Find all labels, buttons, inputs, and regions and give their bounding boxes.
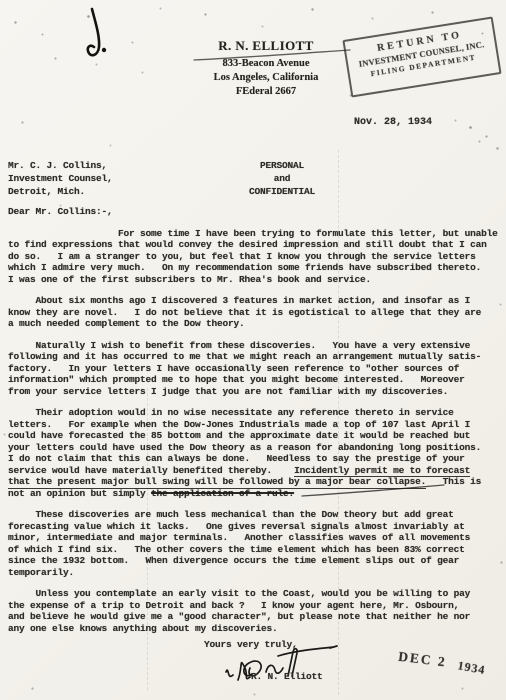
letter-line: For some time I have been trying to form…	[8, 228, 506, 240]
valediction: Yours very truly,	[204, 639, 298, 651]
letter-line: following and it has occurred to me that…	[8, 351, 506, 363]
letter-line: service would have materially benefited …	[8, 465, 506, 477]
letter-line: could have forecasted the 85 bottom and …	[8, 430, 506, 442]
paragraph-2: About six months ago I discovered 3 feat…	[8, 295, 506, 330]
letterhead-phone: FEderal 2667	[186, 85, 346, 99]
letterhead-address-line2: Los Angeles, California	[186, 71, 346, 85]
paragraph-1: For some time I have been trying to form…	[8, 228, 506, 286]
letter-line: temporarily.	[8, 567, 506, 579]
letter-line: I was one of the first subscribers to Mr…	[8, 274, 506, 286]
letter-line: information" which prompted me to hope t…	[8, 374, 506, 386]
received-stamp-year: 1934	[456, 658, 486, 678]
letterhead: R. N. ELLIOTT 833-Beacon Avenue Los Ange…	[186, 38, 346, 99]
paragraph-5: These discoveries are much less mechanic…	[8, 509, 506, 578]
letter-line: your letters could have used the Dow the…	[8, 442, 506, 454]
privacy-line3: CONFIDENTIAL	[234, 185, 330, 198]
letter-line: These discoveries are much less mechanic…	[8, 509, 506, 521]
letter-line: a much needed complement to the Dow theo…	[8, 318, 506, 330]
letter-line: letters. For example when the Dow-Jones …	[8, 419, 506, 431]
letter-line: do so. I am a stranger to you, but feel …	[8, 251, 506, 263]
letter-line: know they are novel. I do not believe th…	[8, 307, 506, 319]
letter-line: which I admire very much. On my recommen…	[8, 262, 506, 274]
received-date-stamp: DEC 21934	[397, 648, 486, 677]
paragraph-6: Unless you contemplate an early visit to…	[8, 588, 506, 634]
letter-line: to find expressions that would convey th…	[8, 239, 506, 251]
privacy-line2: and	[234, 172, 330, 185]
line-text: This is	[426, 476, 481, 487]
letter-body: Dear Mr. Collins:-, For some time I have…	[8, 206, 506, 634]
recipient-address: Mr. C. J. Collins, Investment Counsel, D…	[8, 159, 113, 198]
letter-line: the expense of a trip to Detroit and bac…	[8, 600, 506, 612]
letterhead-name: R. N. ELLIOTT	[186, 38, 346, 54]
letter-line: not an opinion but simply the applicatio…	[8, 488, 506, 500]
paragraph-4-plain-lines: Their adoption would in no wise necessit…	[8, 407, 506, 465]
struck-rule-text: the application of a rule.	[151, 488, 294, 499]
line-text: not an opinion but simply	[8, 488, 151, 499]
line-text: service would have materially benefited …	[8, 465, 294, 476]
received-stamp-day: DEC 2	[397, 649, 447, 670]
letter-date: Nov. 28, 1934	[354, 117, 432, 129]
letter-line: minor, intermediate and major terminals.…	[8, 532, 506, 544]
letter-line: from your service letters I judge that y…	[8, 386, 506, 398]
recipient-line1: Mr. C. J. Collins,	[8, 159, 113, 172]
letter-line: factory. In your letters I have occasion…	[8, 363, 506, 375]
signature-typed-name: R. N. Elliott	[251, 671, 323, 683]
letter-line: Their adoption would in no wise necessit…	[8, 407, 506, 419]
letter-line: Naturally I wish to benefit from these d…	[8, 340, 506, 352]
salutation: Dear Mr. Collins:-,	[8, 206, 506, 218]
letterhead-address-line1: 833-Beacon Avenue	[186, 57, 346, 71]
letter-line: About six months ago I discovered 3 feat…	[8, 295, 506, 307]
letter-line: since the 1932 bottom. When divergence o…	[8, 555, 506, 567]
letter-line: Unless you contemplate an early visit to…	[8, 588, 506, 600]
letter-line: and believe he would give me a "good cha…	[8, 611, 506, 623]
letter-line: forecasting value which it lacks. One gi…	[8, 521, 506, 533]
return-to-stamp: RETURN TO INVESTMENT COUNSEL, INC. FILIN…	[342, 16, 501, 97]
letter-line: of which I find six. The other covers th…	[8, 544, 506, 556]
letter-page: R. N. ELLIOTT 833-Beacon Avenue Los Ange…	[0, 0, 506, 700]
recipient-line3: Detroit, Mich.	[8, 185, 113, 198]
privacy-note: PERSONAL and CONFIDENTIAL	[234, 159, 330, 198]
recipient-line2: Investment Counsel,	[8, 172, 113, 185]
paper-specks	[0, 0, 1, 1]
letter-line: that the present major bull swing will b…	[8, 476, 506, 488]
paragraph-4: Their adoption would in no wise necessit…	[8, 407, 506, 499]
paragraph-3: Naturally I wish to benefit from these d…	[8, 340, 506, 398]
ink-scribble-mark	[76, 6, 120, 64]
letter-line: I do not claim that this can always be d…	[8, 453, 506, 465]
privacy-line1: PERSONAL	[234, 159, 330, 172]
letter-line: any one else knows anything about my dis…	[8, 623, 506, 635]
